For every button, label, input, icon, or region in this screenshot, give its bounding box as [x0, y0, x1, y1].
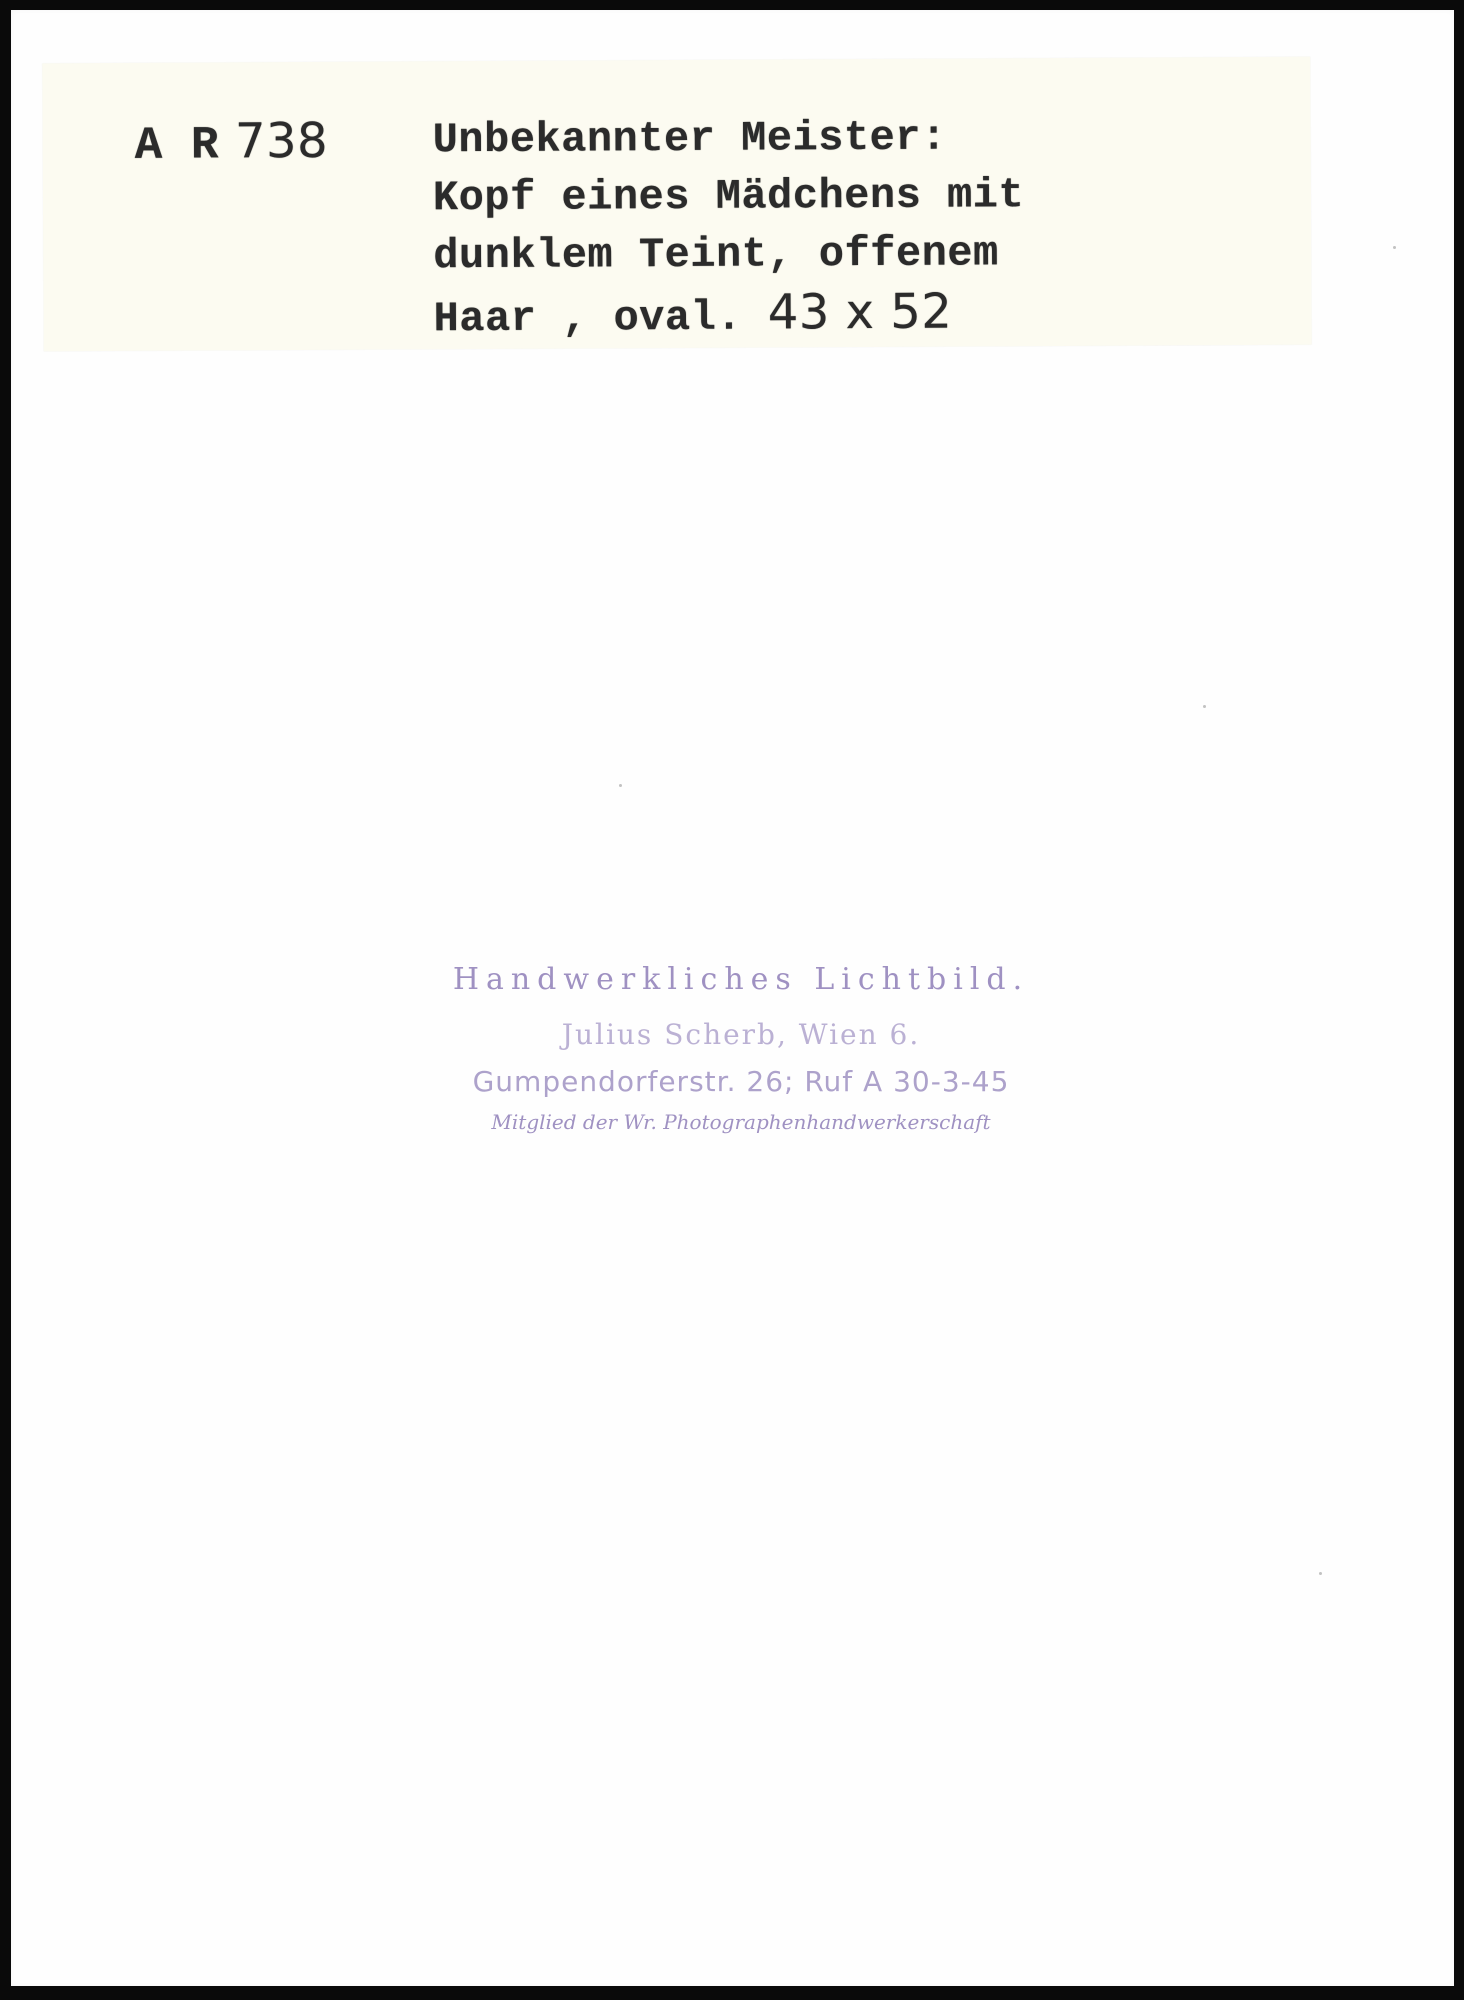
stamp-line-name: Julius Scherb, Wien 6.: [431, 1010, 1051, 1060]
paper-speck: [1319, 1572, 1322, 1575]
typed-catalog-label: A R738 Unbekannter Meister: Kopf eines M…: [42, 57, 1311, 352]
paper-speck: [619, 784, 622, 787]
paper-speck: [1393, 246, 1396, 249]
description-line-title-1: Kopf eines Mädchens mit: [433, 166, 1024, 227]
description-line-artist: Unbekannter Meister:: [433, 108, 1024, 169]
reference-number: A R738: [135, 112, 329, 175]
format-text: Haar , oval.: [433, 294, 742, 344]
photographer-stamp: Handwerkliches Lichtbild. Julius Scherb,…: [431, 950, 1051, 1140]
description-line-title-2: dunklem Teint, offenem: [433, 224, 1024, 285]
description-line-format: Haar , oval. 43 x 52: [433, 282, 1025, 348]
photo-back-sheet: A R738 Unbekannter Meister: Kopf eines M…: [11, 10, 1454, 1986]
paper-speck: [1203, 705, 1206, 708]
reference-prefix: A R: [135, 119, 220, 171]
dimensions: 43 x 52: [768, 284, 953, 341]
artwork-description: Unbekannter Meister: Kopf eines Mädchens…: [433, 108, 1025, 348]
reference-digits: 738: [235, 113, 328, 169]
stamp-line-title: Handwerkliches Lichtbild.: [431, 950, 1051, 1010]
stamp-line-address: Gumpendorferstr. 26; Ruf A 30-3-45: [431, 1060, 1051, 1104]
stamp-line-membership: Mitglied der Wr. Photographenhandwerkers…: [431, 1104, 1051, 1140]
